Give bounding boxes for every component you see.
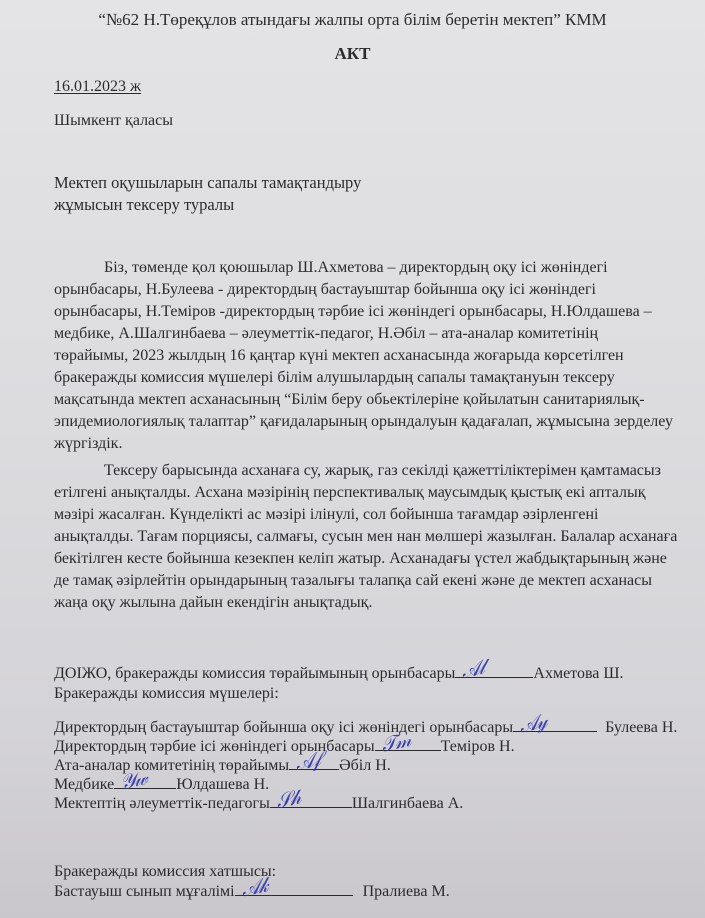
signature-line: 𝒜𝓁 xyxy=(455,663,533,678)
signature-row-secretary: Бастауыш сынып мұғалімі𝒜𝓀Пралиева М. xyxy=(54,881,450,902)
signer-name: Булеева Н. xyxy=(605,719,677,736)
signer-role: Бастауыш сынып мұғалімі xyxy=(54,883,235,900)
signer-role: ДОІЖО, бракеражды комиссия төрайымының о… xyxy=(54,665,455,682)
subject-line: жұмысын тексеру туралы xyxy=(54,194,361,216)
paragraph-line: Біз, төменде қол қоюшылар Ш.Ахметова – д… xyxy=(54,257,694,279)
signature-row-member: Ата-аналар комитетінің төрайымы𝒜𝒻Әбіл Н. xyxy=(54,755,391,776)
handwritten-signature-icon: 𝒯𝓂 xyxy=(379,729,411,754)
paragraph-commission: Біз, төменде қол қоюшылар Ш.Ахметова – д… xyxy=(54,257,694,455)
signer-role: Медбике xyxy=(54,776,114,793)
paragraph-line: эпидемиологиялық талаптар” қағидаларының… xyxy=(54,411,694,433)
subject-line: Мектеп оқушыларын сапалы тамақтандыру xyxy=(54,172,361,194)
document-city: Шымкент қаласы xyxy=(54,112,173,130)
document-title: АКТ xyxy=(0,44,705,64)
paragraph-line: Тексеру барысында асханаға су, жарық, га… xyxy=(54,460,694,482)
document-page: “№62 Н.Төреқұлов атындағы жалпы орта біл… xyxy=(0,0,705,918)
signer-name: Ахметова Ш. xyxy=(533,665,623,682)
paragraph-line: мәзірі жасалған. Күнделікті ас мәзірі іл… xyxy=(54,504,694,526)
signature-line: 𝒜𝓎 xyxy=(513,717,597,732)
paragraph-line: мақсатында мектеп асханасының “Білім бер… xyxy=(54,389,694,411)
signer-name: Әбіл Н. xyxy=(339,757,391,774)
signature-row-member: Медбике𝒴𝓌Юлдашева Н. xyxy=(54,774,269,795)
paragraph-line: бекітілген кесте бойынша кезекпен келіп … xyxy=(54,548,694,570)
paragraph-line: етілгені анықталды. Асхана мәзірінің пер… xyxy=(54,482,694,504)
signer-role: Директордың тәрбие ісі жөніндегі орынбас… xyxy=(54,738,375,755)
members-heading: Бракеражды комиссия мүшелері: xyxy=(54,684,279,704)
signature-line: 𝒯𝓂 xyxy=(375,736,441,751)
handwritten-signature-icon: 𝒜𝓁 xyxy=(460,657,485,681)
paragraph-line: жаңа оқу жылына дайын екендігін анықтады… xyxy=(54,592,694,614)
signature-row-member: Директордың тәрбие ісі жөніндегі орынбас… xyxy=(54,736,515,757)
document-subject: Мектеп оқушыларын сапалы тамақтандыру жұ… xyxy=(54,172,361,216)
signature-line: 𝒜𝒻 xyxy=(289,755,339,770)
handwritten-signature-icon: 𝒜𝓀 xyxy=(239,875,268,900)
paragraph-line: медбике, А.Шалгинбаева – әлеуметтік-педа… xyxy=(54,323,694,345)
organization-header: “№62 Н.Төреқұлов атындағы жалпы орта біл… xyxy=(0,10,705,30)
handwritten-signature-icon: 𝒜𝒻 xyxy=(293,749,320,774)
paragraph-line: де тамақ әзірлейтін орындарының тазалығы… xyxy=(54,570,694,592)
paragraph-line: бракеражды комиссия мүшелері білім алушы… xyxy=(54,367,694,389)
signer-name: Юлдашева Н. xyxy=(176,776,269,793)
signature-line: 𝒴𝓌 xyxy=(114,774,176,789)
signer-role: Директордың бастауыштар бойынша оқу ісі … xyxy=(54,719,513,736)
paragraph-line: жүргіздік. xyxy=(54,433,694,455)
handwritten-signature-icon: 𝒜𝓎 xyxy=(517,710,547,735)
signer-name: Шалгинбаева А. xyxy=(352,795,463,812)
signer-role: Мектептің әлеуметтік-педагогы xyxy=(54,795,270,812)
handwritten-signature-icon: 𝒮𝒽 xyxy=(274,787,301,811)
signature-line: 𝒜𝓀 xyxy=(235,881,353,896)
signature-row-member: Мектептің әлеуметтік-педагогы𝒮𝒽Шалгинбае… xyxy=(54,793,463,814)
signature-row-member: Директордың бастауыштар бойынша оқу ісі … xyxy=(54,717,677,738)
paragraph-findings: Тексеру барысында асханаға су, жарық, га… xyxy=(54,460,694,614)
signature-line: 𝒮𝒽 xyxy=(270,793,352,808)
signer-role: Ата-аналар комитетінің төрайымы xyxy=(54,757,289,774)
document-date: 16.01.2023 ж xyxy=(54,78,141,96)
signer-name: Пралиева М. xyxy=(363,883,450,900)
signer-name: Теміров Н. xyxy=(441,738,515,755)
handwritten-signature-icon: 𝒴𝓌 xyxy=(118,768,147,793)
paragraph-line: төрайымы, 2023 жылдың 16 қаңтар күні мек… xyxy=(54,345,694,367)
signature-row-chair: ДОІЖО, бракеражды комиссия төрайымының о… xyxy=(54,663,624,684)
paragraph-line: анықталды. Тағам порциясы, салмағы, сусы… xyxy=(54,526,694,548)
paragraph-line: орынбасары, Н.Теміров -директордың тәрби… xyxy=(54,301,694,323)
paragraph-line: орынбасары, Н.Булеева - директордың баст… xyxy=(54,279,694,301)
